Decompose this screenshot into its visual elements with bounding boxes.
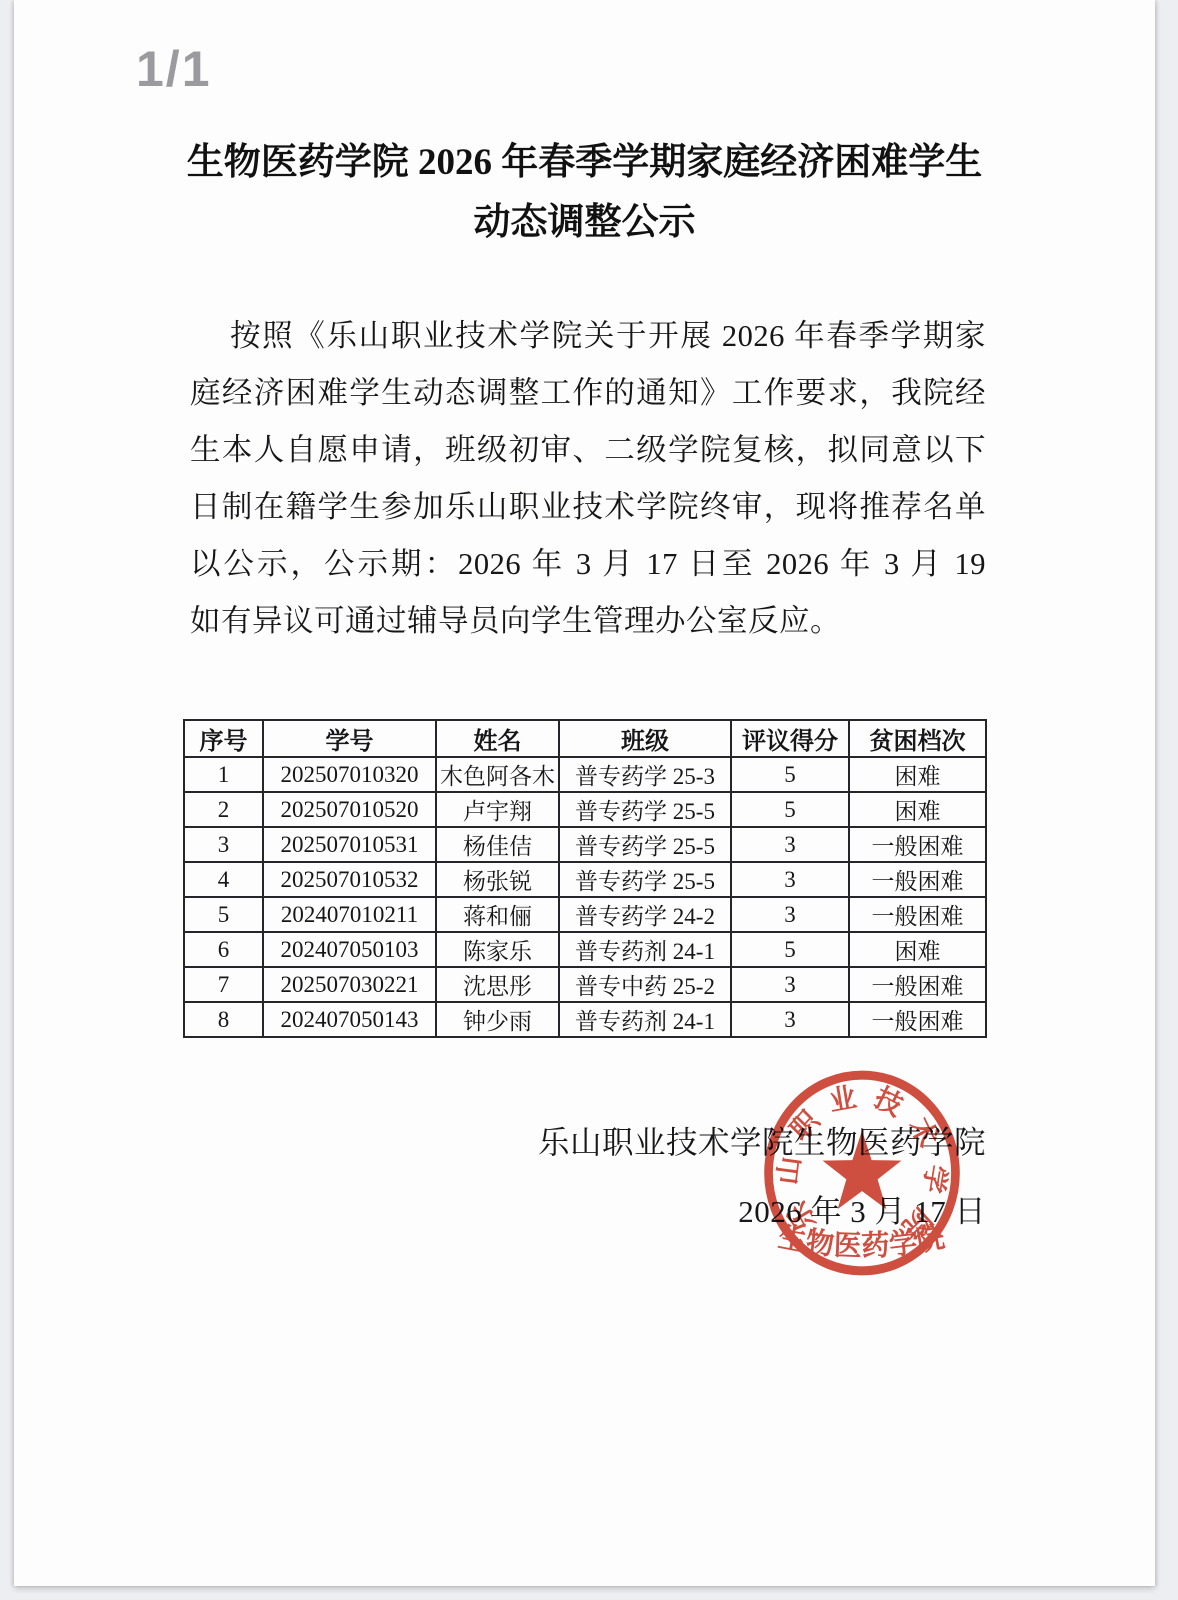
cell-name: 杨张锐 (436, 862, 559, 897)
cell-class: 普专药学 25-5 (559, 792, 731, 827)
cell-score: 3 (731, 967, 849, 1002)
cell-poverty-level: 一般困难 (849, 897, 986, 932)
cell-index: 7 (184, 967, 263, 1002)
column-header-index: 序号 (184, 720, 263, 757)
cell-name: 卢宇翔 (436, 792, 559, 827)
cell-class: 普专中药 25-2 (559, 967, 731, 1002)
table-row: 1 202507010320 木色阿各木 普专药学 25-3 5 困难 (184, 757, 986, 792)
cell-score: 3 (731, 897, 849, 932)
cell-student-id: 202507010532 (263, 862, 436, 897)
cell-index: 3 (184, 827, 263, 862)
column-header-student-id: 学号 (263, 720, 436, 757)
cell-name: 木色阿各木 (436, 757, 559, 792)
student-roster-table: 序号 学号 姓名 班级 评议得分 贫困档次 1 202507010320 木色阿… (183, 719, 987, 1038)
title-line-1: 生物医药学院 2026 年春季学期家庭经济困难学生 (14, 133, 1155, 193)
cell-student-id: 202407010211 (263, 897, 436, 932)
cell-index: 4 (184, 862, 263, 897)
cell-student-id: 202507010320 (263, 757, 436, 792)
cell-name: 陈家乐 (436, 932, 559, 967)
seal-bottom-text: 生物医药学院 (776, 1221, 948, 1263)
column-header-class: 班级 (559, 720, 731, 757)
body-line: 庭经济困难学生动态调整工作的通知》工作要求，我院经学 (190, 365, 986, 422)
column-header-score: 评议得分 (731, 720, 849, 757)
cell-index: 6 (184, 932, 263, 967)
document-page: 1/1 生物医药学院 2026 年春季学期家庭经济困难学生 动态调整公示 按照《… (14, 0, 1155, 1586)
column-header-name: 姓名 (436, 720, 559, 757)
cell-poverty-level: 困难 (849, 932, 986, 967)
column-header-poverty-level: 贫困档次 (849, 720, 986, 757)
cell-score: 3 (731, 862, 849, 897)
table-row: 8 202407050143 钟少雨 普专药剂 24-1 3 一般困难 (184, 1002, 986, 1037)
cell-class: 普专药剂 24-1 (559, 932, 731, 967)
table-row: 4 202507010532 杨张锐 普专药学 25-5 3 一般困难 (184, 862, 986, 897)
cell-poverty-level: 一般困难 (849, 967, 986, 1002)
cell-score: 3 (731, 1002, 849, 1037)
body-paragraph: 按照《乐山职业技术学院关于开展 2026 年春季学期家 庭经济困难学生动态调整工… (190, 308, 986, 650)
cell-name: 钟少雨 (436, 1002, 559, 1037)
table-header-row: 序号 学号 姓名 班级 评议得分 贫困档次 (184, 720, 986, 757)
document-viewer: { "viewer": { "page_indicator": "1/1" },… (0, 0, 1178, 1600)
table-row: 7 202507030221 沈思彤 普专中药 25-2 3 一般困难 (184, 967, 986, 1002)
cell-index: 2 (184, 792, 263, 827)
seal-star-icon (823, 1131, 902, 1210)
seal-graphic: 乐山职业技术学院 生物医药学院 (756, 1062, 968, 1284)
cell-score: 3 (731, 827, 849, 862)
body-line: 以公示，公示期：2026 年 3 月 17 日至 2026 年 3 月 19 日… (190, 536, 986, 593)
cell-score: 5 (731, 792, 849, 827)
cell-score: 5 (731, 757, 849, 792)
body-line: 生本人自愿申请，班级初审、二级学院复核，拟同意以下全 (190, 422, 986, 479)
table-row: 2 202507010520 卢宇翔 普专药学 25-5 5 困难 (184, 792, 986, 827)
table-row: 3 202507010531 杨佳佶 普专药学 25-5 3 一般困难 (184, 827, 986, 862)
cell-name: 蒋和俪 (436, 897, 559, 932)
cell-score: 5 (731, 932, 849, 967)
body-line: 日制在籍学生参加乐山职业技术学院终审，现将推荐名单予 (190, 479, 986, 536)
cell-student-id: 202507010520 (263, 792, 436, 827)
body-line: 按照《乐山职业技术学院关于开展 2026 年春季学期家 (190, 308, 986, 365)
cell-poverty-level: 一般困难 (849, 1002, 986, 1037)
table-row: 5 202407010211 蒋和俪 普专药学 24-2 3 一般困难 (184, 897, 986, 932)
cell-class: 普专药学 24-2 (559, 897, 731, 932)
cell-student-id: 202507030221 (263, 967, 436, 1002)
cell-student-id: 202407050143 (263, 1002, 436, 1037)
cell-student-id: 202507010531 (263, 827, 436, 862)
table-row: 6 202407050103 陈家乐 普专药剂 24-1 5 困难 (184, 932, 986, 967)
cell-class: 普专药学 25-3 (559, 757, 731, 792)
cell-class: 普专药学 25-5 (559, 862, 731, 897)
document-title: 生物医药学院 2026 年春季学期家庭经济困难学生 动态调整公示 (14, 133, 1155, 253)
cell-student-id: 202407050103 (263, 932, 436, 967)
cell-class: 普专药剂 24-1 (559, 1002, 731, 1037)
cell-name: 杨佳佶 (436, 827, 559, 862)
cell-poverty-level: 一般困难 (849, 827, 986, 862)
cell-index: 8 (184, 1002, 263, 1037)
cell-index: 1 (184, 757, 263, 792)
page-number-indicator: 1/1 (136, 40, 212, 98)
title-line-2: 动态调整公示 (14, 193, 1155, 253)
official-seal-stamp: 乐山职业技术学院 生物医药学院 (756, 1062, 968, 1284)
cell-poverty-level: 困难 (849, 792, 986, 827)
cell-index: 5 (184, 897, 263, 932)
body-line: 如有异议可通过辅导员向学生管理办公室反应。 (190, 593, 986, 650)
cell-poverty-level: 一般困难 (849, 862, 986, 897)
cell-name: 沈思彤 (436, 967, 559, 1002)
cell-poverty-level: 困难 (849, 757, 986, 792)
cell-class: 普专药学 25-5 (559, 827, 731, 862)
